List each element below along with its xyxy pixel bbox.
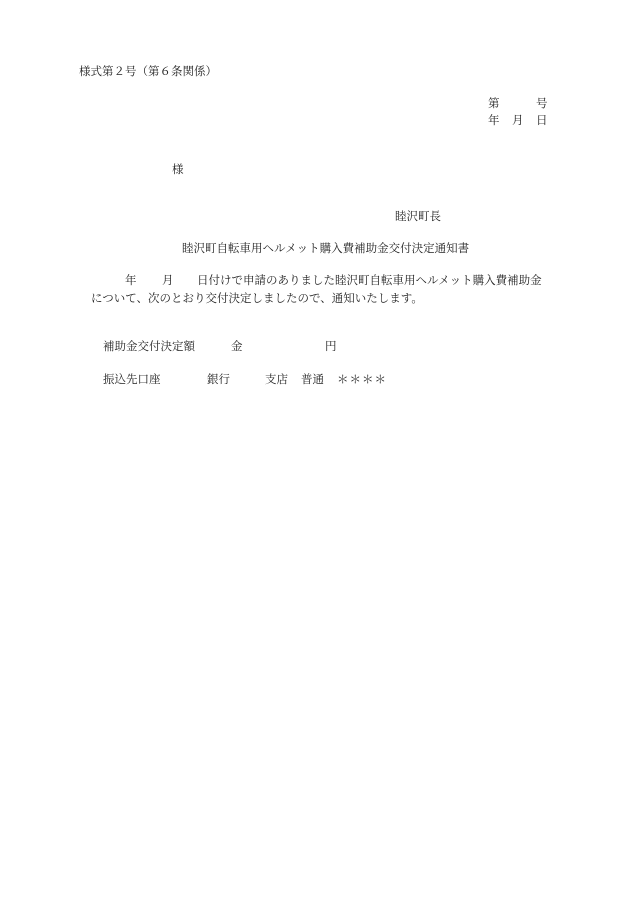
body-line2: について、次のとおり交付決定しましたので、通知いたします。: [91, 293, 423, 305]
form-label: 様式第２号（第６条関係）: [79, 66, 217, 78]
date-year: 年: [488, 115, 500, 127]
account-type: 普通: [301, 374, 324, 386]
date-day: 日: [536, 115, 548, 127]
account-number: ＊＊＊＊: [337, 374, 387, 386]
document-title: 睦沢町自転車用ヘルメット購入費補助金交付決定通知書: [182, 243, 469, 255]
account-bank: 銀行: [207, 374, 230, 386]
body-month: 月: [162, 275, 174, 287]
amount-prefix: 金: [231, 341, 243, 353]
sender: 睦沢町長: [395, 211, 441, 223]
number-prefix: 第: [488, 98, 500, 110]
addressee-suffix: 様: [172, 164, 184, 176]
account-branch: 支店: [265, 374, 288, 386]
date-month: 月: [512, 115, 524, 127]
amount-unit: 円: [325, 341, 337, 353]
amount-label: 補助金交付決定額: [103, 341, 195, 353]
number-suffix: 号: [536, 98, 548, 110]
account-label: 振込先口座: [103, 374, 161, 386]
body-line1: 日付けで申請のありました睦沢町自転車用ヘルメット購入費補助金: [197, 275, 542, 287]
body-year: 年: [125, 275, 137, 287]
